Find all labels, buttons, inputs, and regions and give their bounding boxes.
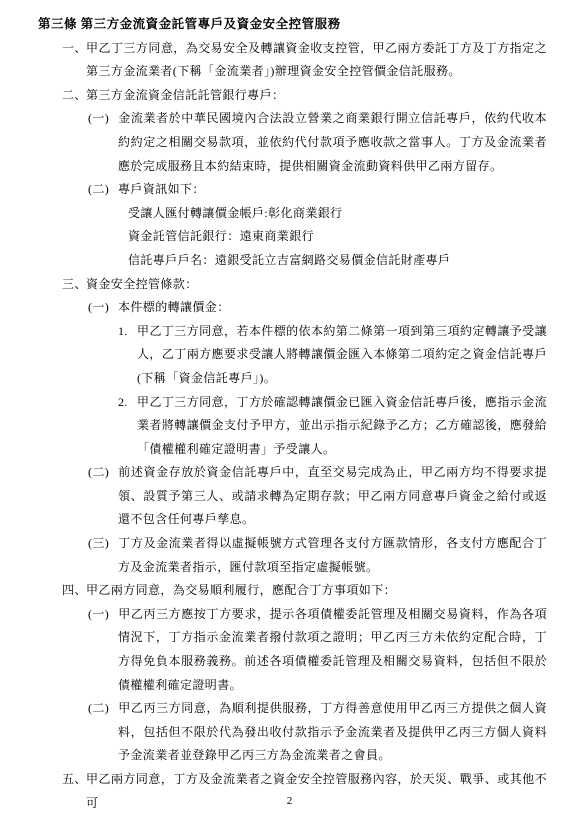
paragraph: 五、甲乙兩方同意，丁方及金流業者之資金安全控管服務內容，於天災、戰爭、或其他不可 xyxy=(62,768,547,815)
paragraph-marker: 三、 xyxy=(62,273,86,297)
paragraph-marker: (一) xyxy=(88,107,118,131)
paragraph-marker: 四、 xyxy=(62,579,86,603)
paragraph-marker: 1. xyxy=(118,320,137,344)
paragraph: 2.甲乙丁三方同意，丁方於確認轉讓價金已匯入資金信託專戶後，應指示金流業者將轉讓… xyxy=(118,391,547,462)
paragraph-marker: 一、 xyxy=(62,37,86,61)
paragraph-text: 丁方及金流業者得以虛擬帳號方式管理各支付方匯款情形，各支付方應配合丁方及金流業者… xyxy=(118,536,547,574)
paragraph-text: 甲乙丙三方同意，為順利提供服務，丁方得善意使用甲乙丙三方提供之個人資料，包括但不… xyxy=(118,701,547,762)
paragraph-text: 甲乙丙三方應按丁方要求，提示各項債權委託管理及相關交易資料，作為各項情況下，丁方… xyxy=(118,607,547,692)
paragraph-text: 甲乙丁三方同意，丁方於確認轉讓價金已匯入資金信託專戶後，應指示金流業者將轉讓價金… xyxy=(137,395,547,456)
paragraph-marker: (二) xyxy=(88,178,118,202)
paragraph-text: 資金安全控管條款： xyxy=(86,277,198,291)
paragraph-text: 甲乙丁三方同意，為交易安全及轉讓資金收支控管，甲乙兩方委託丁方及丁方指定之第三方… xyxy=(86,41,547,79)
paragraph: (一)金流業者於中華民國境內合法設立營業之商業銀行開立信託專戶，依約代收本約約定… xyxy=(88,107,547,178)
paragraph-text: 第三方金流資金信託託管銀行專戶： xyxy=(86,88,284,102)
page-number: 2 xyxy=(0,795,579,807)
paragraph-marker: 2. xyxy=(118,391,137,415)
paragraph-marker: (三) xyxy=(88,532,118,556)
paragraph: 一、甲乙丁三方同意，為交易安全及轉讓資金收支控管，甲乙兩方委託丁方及丁方指定之第… xyxy=(62,37,547,84)
paragraph-text: 資金託管信託銀行：遠東商業銀行 xyxy=(128,229,314,243)
paragraph-marker: (一) xyxy=(88,603,118,627)
paragraph: (一)甲乙丙三方應按丁方要求，提示各項債權委託管理及相關交易資料，作為各項情況下… xyxy=(88,603,547,697)
paragraph-marker: 二、 xyxy=(62,84,86,108)
paragraph: (二)前述資金存放於資金信託專戶中，直至交易完成為止，甲乙兩方均不得要求提領、設… xyxy=(88,461,547,532)
paragraph: 二、第三方金流資金信託託管銀行專戶： xyxy=(62,84,547,108)
paragraph: 信託專戶戶名：遠銀受託立吉富網路交易價金信託財產專戶 xyxy=(128,249,547,273)
paragraph-text: 甲乙丁三方同意，若本件標的依本約第二條第一項到第三項約定轉讓予受讓人，乙丁兩方應… xyxy=(137,324,547,385)
paragraph-marker: (二) xyxy=(88,461,118,485)
paragraph-marker: (一) xyxy=(88,296,118,320)
paragraph-list: 一、甲乙丁三方同意，為交易安全及轉讓資金收支控管，甲乙兩方委託丁方及丁方指定之第… xyxy=(38,37,547,816)
paragraph-marker: (二) xyxy=(88,697,118,721)
paragraph: 四、甲乙兩方同意，為交易順利履行，應配合丁方事項如下： xyxy=(62,579,547,603)
paragraph: (三)丁方及金流業者得以虛擬帳號方式管理各支付方匯款情形，各支付方應配合丁方及金… xyxy=(88,532,547,579)
paragraph-text: 本件標的轉讓價金： xyxy=(118,300,230,314)
paragraph: (一)本件標的轉讓價金： xyxy=(88,296,547,320)
paragraph: 受讓人匯付轉讓價金帳戶:彰化商業銀行 xyxy=(128,202,547,226)
paragraph-text: 信託專戶戶名：遠銀受託立吉富網路交易價金信託財產專戶 xyxy=(128,253,450,267)
document-page: 第三條 第三方金流資金託管專戶及資金安全控管服務 一、甲乙丁三方同意，為交易安全… xyxy=(0,0,579,816)
paragraph: 1.甲乙丁三方同意，若本件標的依本約第二條第一項到第三項約定轉讓予受讓人，乙丁兩… xyxy=(118,320,547,391)
paragraph-text: 甲乙兩方同意，為交易順利履行，應配合丁方事項如下： xyxy=(86,583,396,597)
paragraph: 資金託管信託銀行：遠東商業銀行 xyxy=(128,225,547,249)
paragraph-text: 前述資金存放於資金信託專戶中，直至交易完成為止，甲乙兩方均不得要求提領、設質予第… xyxy=(118,465,547,526)
document-title: 第三條 第三方金流資金託管專戶及資金安全控管服務 xyxy=(38,13,547,37)
paragraph-text: 專戶資訊如下： xyxy=(118,182,205,196)
paragraph-text: 金流業者於中華民國境內合法設立營業之商業銀行開立信託專戶，依約代收本約約定之相關… xyxy=(118,111,547,172)
paragraph-text: 受讓人匯付轉讓價金帳戶:彰化商業銀行 xyxy=(128,206,343,220)
paragraph-marker: 五、 xyxy=(62,768,86,792)
paragraph: (二)專戶資訊如下： xyxy=(88,178,547,202)
paragraph: (二)甲乙丙三方同意，為順利提供服務，丁方得善意使用甲乙丙三方提供之個人資料，包… xyxy=(88,697,547,768)
paragraph: 三、資金安全控管條款： xyxy=(62,273,547,297)
